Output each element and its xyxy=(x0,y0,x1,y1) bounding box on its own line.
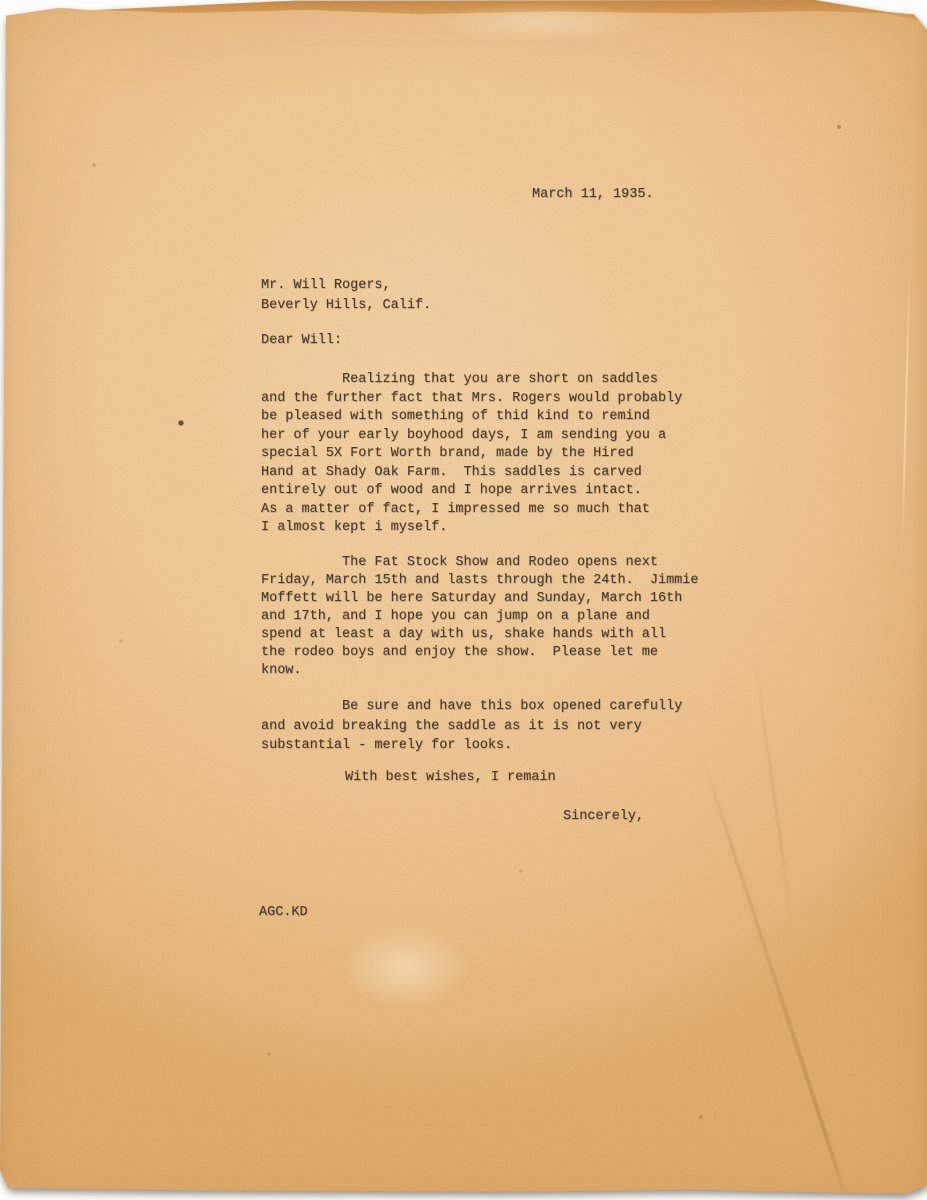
scanned-letter-page: March 11, 1935. Mr. Will Rogers, Beverly… xyxy=(0,0,927,1200)
paper-shadow-wrap: March 11, 1935. Mr. Will Rogers, Beverly… xyxy=(0,0,927,1200)
letter-paper: March 11, 1935. Mr. Will Rogers, Beverly… xyxy=(0,0,927,1200)
paper-grain-texture xyxy=(0,0,927,1200)
paper-specks xyxy=(0,0,2,2)
